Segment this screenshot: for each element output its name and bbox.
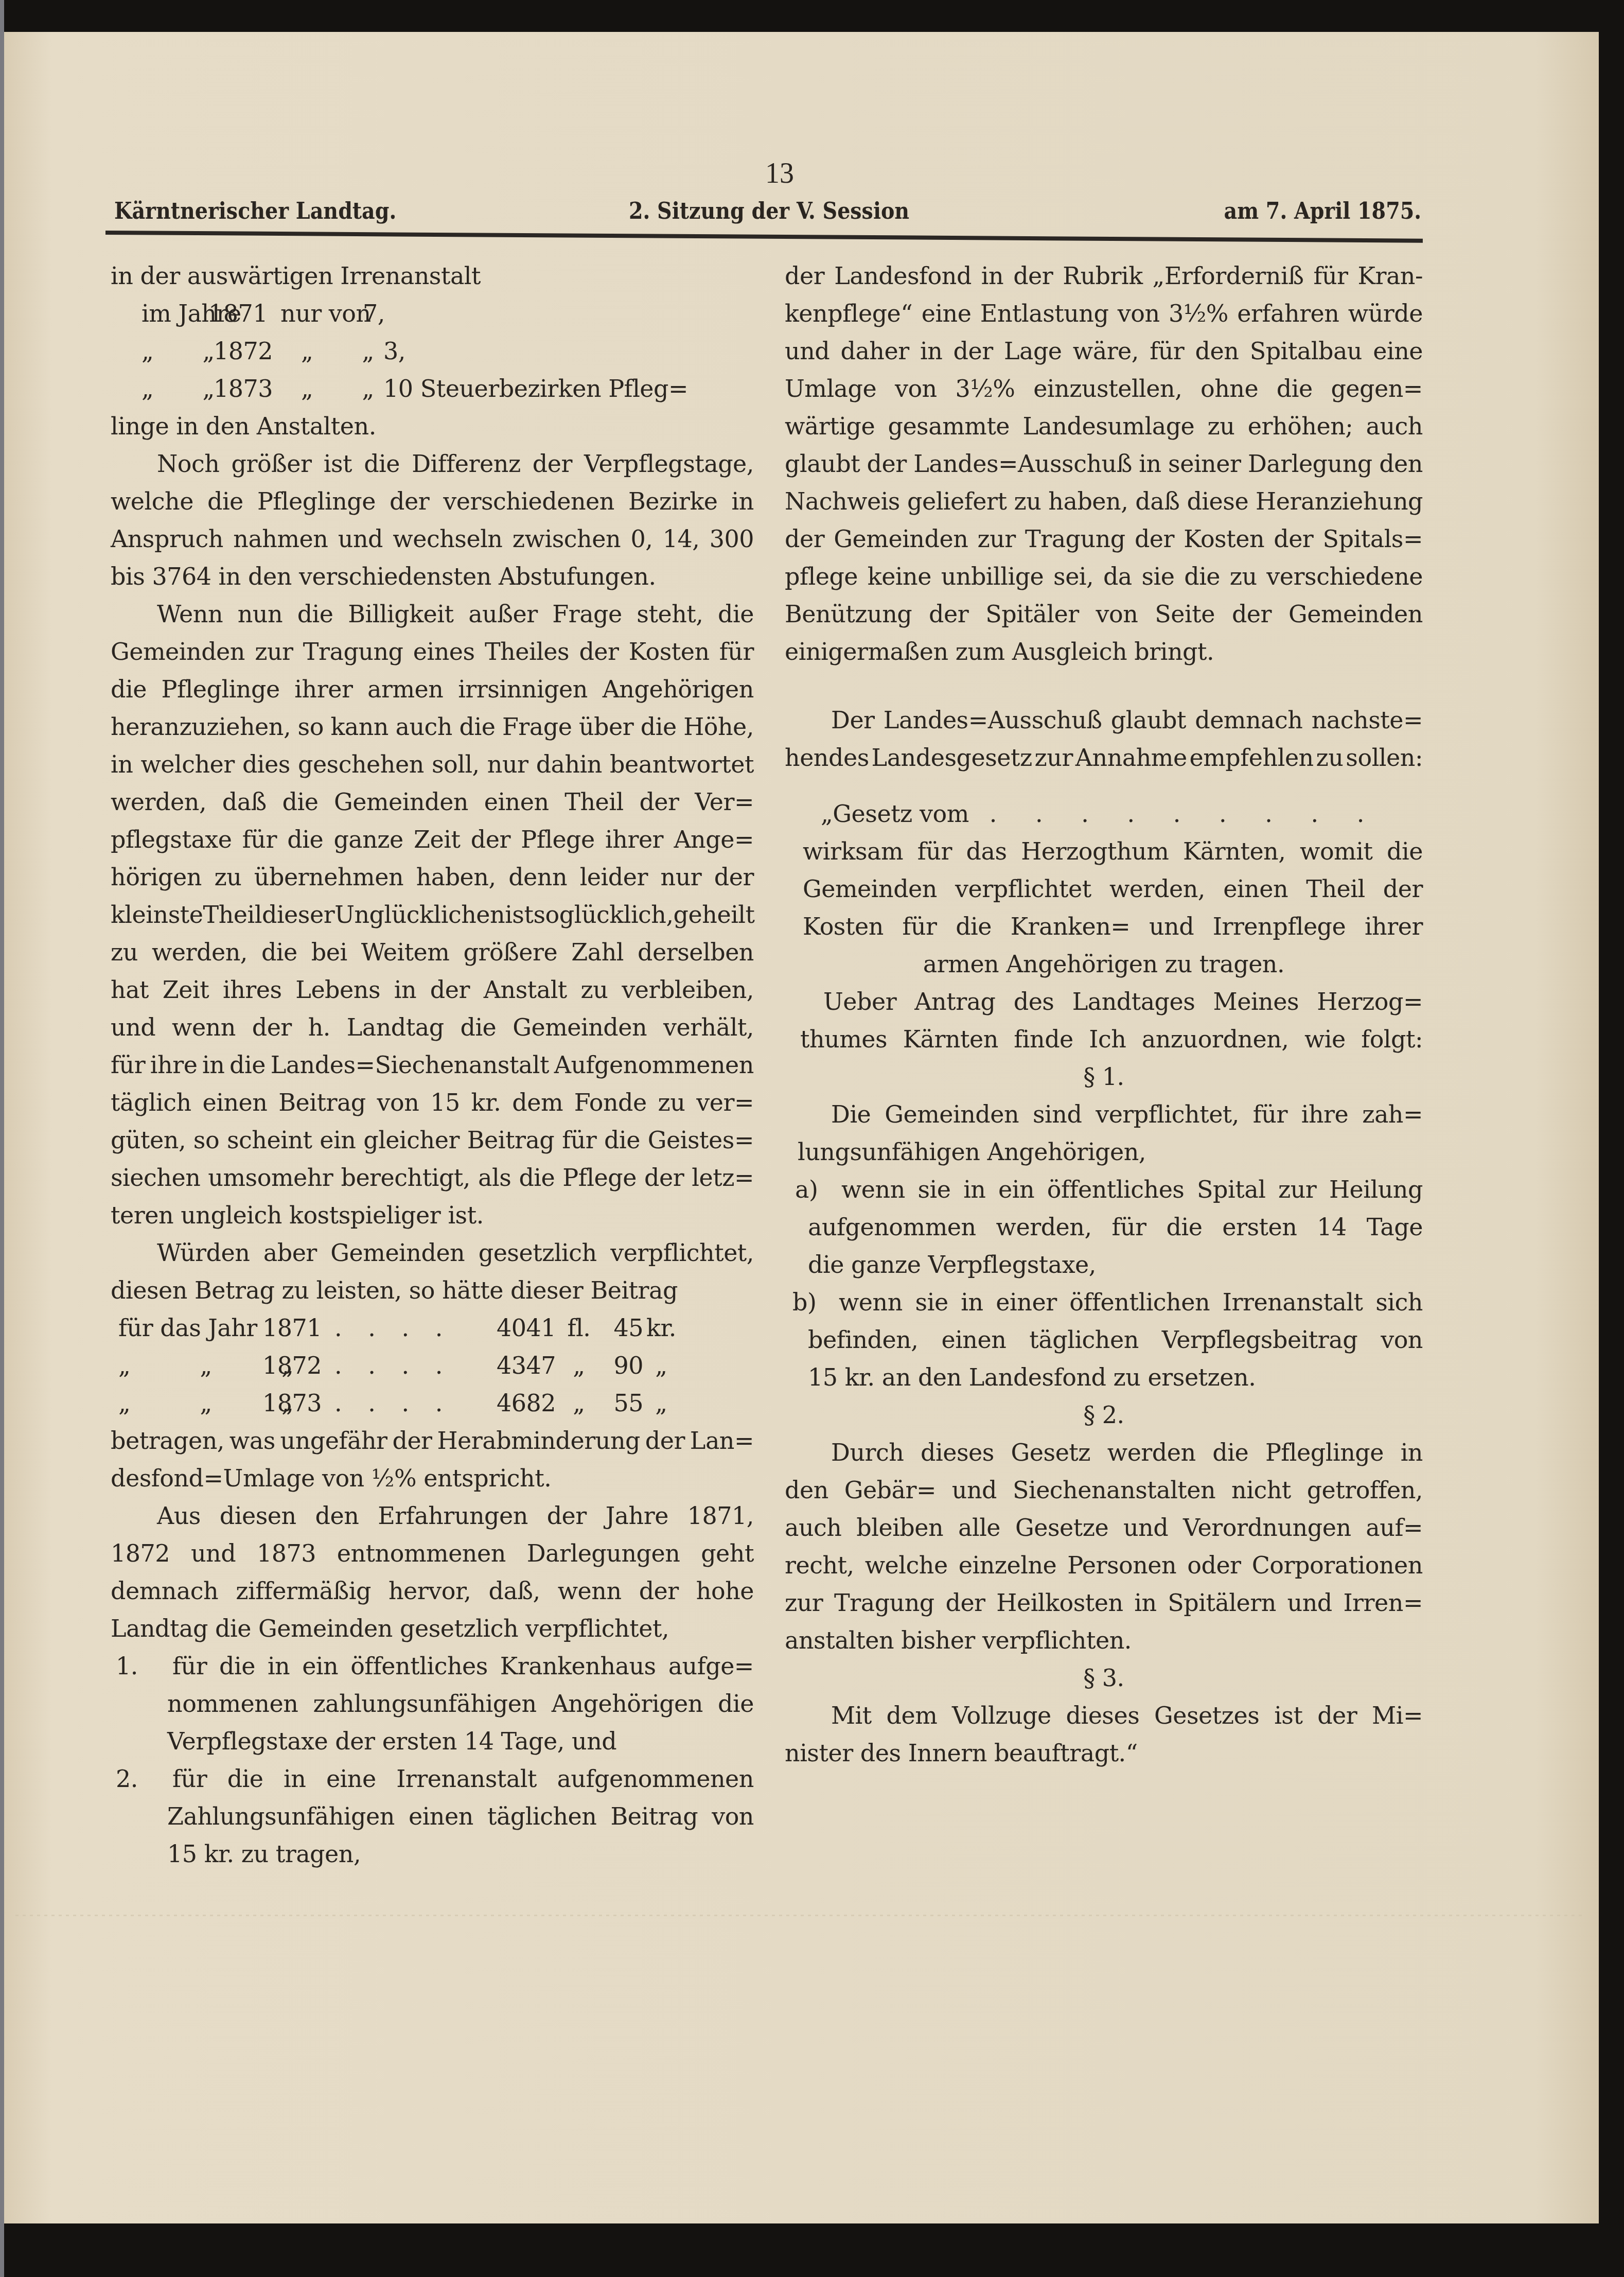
header-publication: Kärntnerischer Landtag.	[114, 198, 396, 224]
text-line: 1872und1873entnommenenDarlegungengeht	[111, 1535, 754, 1572]
district-row: im Jahre 1871 nur von 7,	[111, 295, 754, 332]
text-line: befinden,einentäglichenVerpflegsbeitragv…	[785, 1321, 1423, 1359]
text-line: diesen Betrag zu leisten, so hätte diese…	[111, 1272, 754, 1309]
right-column: derLandesfondinderRubrik„ErfordernißfürK…	[785, 257, 1423, 1772]
header-session: 2. Sitzung der V. Session	[629, 198, 909, 224]
text-line: Nachweisgeliefertzuhaben,daßdieseHeranzi…	[785, 483, 1423, 520]
text-line: denGebär=undSiechenanstaltennichtgetroff…	[785, 1472, 1423, 1509]
text-line: DerLandes=Ausschußglaubtdemnachnachste=	[785, 702, 1423, 739]
section-heading: § 1.	[785, 1058, 1423, 1096]
text-line: teren ungleich kostspieliger ist.	[111, 1197, 754, 1234]
text-line: auchbleibenalleGesetzeundVerordnungenauf…	[785, 1509, 1423, 1547]
text-line: diePfleglingeihrerarmenirrsinnigenAngehö…	[111, 671, 754, 708]
text-line: unddaherinderLagewäre,fürdenSpitalbauein…	[785, 332, 1423, 370]
text-line: WürdenaberGemeindengesetzlichverpflichte…	[111, 1234, 754, 1272]
text-line: 15 kr. zu tragen,	[111, 1835, 754, 1873]
text-line: lungsunfähigen Angehörigen,	[785, 1133, 1423, 1171]
law-subtitle: Gemeindenverpflichtetwerden,einenTheilde…	[785, 870, 1423, 908]
text-line: DurchdiesesGesetzwerdendiePfleglingein	[785, 1434, 1423, 1472]
law-subtitle: wirksamfürdasHerzogthumKärnten,womitdie	[785, 833, 1423, 870]
text-line: undwennderh.LandtagdieGemeindenverhält,	[111, 1009, 754, 1046]
text-line: kleinsteTheildieserUnglücklichenistsoglü…	[111, 896, 754, 934]
text-line: wärtigegesammteLandesumlagezuerhöhen;auc…	[785, 408, 1423, 445]
text-line: kenpflege“eineEntlastungvon3½%erfahrenwü…	[785, 295, 1423, 332]
scanner-edge	[0, 0, 4, 2277]
text-line: NochgrößeristdieDifferenzderVerpflegstag…	[111, 445, 754, 483]
text-line: ZahlungsunfähigeneinentäglichenBeitragvo…	[111, 1798, 754, 1835]
list-item: a) wennsieineinöffentlichesSpitalzurHeil…	[785, 1171, 1423, 1208]
text-line: zuwerden,diebeiWeitemgrößereZahlderselbe…	[111, 934, 754, 971]
district-row: „ „ 1872 „ „ 3,	[111, 332, 754, 370]
list-item: 1. fürdieineinöffentlichesKrankenhausauf…	[111, 1648, 754, 1685]
text-line: linge in den Anstalten.	[111, 408, 754, 445]
law-title: „Gesetz vom . . . . . . . . .	[785, 795, 1423, 833]
text-line: welchediePfleglingederverschiedenenBezir…	[111, 483, 754, 520]
text-line: demnachziffermäßighervor,daß,wennderhohe	[111, 1572, 754, 1610]
running-header: Kärntnerischer Landtag. 2. Sitzung der V…	[114, 198, 1421, 229]
list-item: 2. fürdieineineIrrenanstaltaufgenommenen	[111, 1760, 754, 1798]
text-line: hendesLandesgesetzzurAnnahmeempfehlenzus…	[785, 739, 1423, 777]
law-subtitle: KostenfürdieKranken=undIrrenpflegeihrer	[785, 908, 1423, 945]
text-line: BenützungderSpitälervonSeitederGemeinden	[785, 595, 1423, 633]
text-line: pflegstaxefürdieganzeZeitderPflegeihrerA…	[111, 821, 754, 859]
text-line: hatZeitihresLebensinderAnstaltzuverbleib…	[111, 971, 754, 1009]
page-number: 13	[759, 157, 800, 190]
contribution-row: „ „ „ 1873 . . . . 4682 „ 55 „	[111, 1385, 754, 1422]
text-line: Umlagevon3½%einzustellen,ohnediegegen=	[785, 370, 1423, 408]
text-line: DieGemeindensindverpflichtet,fürihrezah=	[785, 1096, 1423, 1133]
text-line: in der auswärtigen Irrenanstalt	[111, 257, 754, 295]
text-line: inwelcherdiesgeschehensoll,nurdahinbeant…	[111, 746, 754, 783]
law-subtitle: armen Angehörigen zu tragen.	[785, 945, 1423, 983]
text-line: derGemeindenzurTragungderKostenderSpital…	[785, 520, 1423, 558]
text-line: die ganze Verpflegstaxe,	[785, 1246, 1423, 1284]
text-line: derLandesfondinderRubrik„ErfordernißfürK…	[785, 257, 1423, 295]
text-line: pflegekeineunbilligesei,dasiediezuversch…	[785, 558, 1423, 595]
preamble-line: thumesKärntenfindeIchanzuordnen,wiefolgt…	[785, 1021, 1423, 1058]
list-item: b) wennsieineineröffentlichenIrrenanstal…	[785, 1284, 1423, 1321]
contribution-row: „ „ „ 1872 . . . . 4347 „ 90 „	[111, 1347, 754, 1385]
section-heading: § 3.	[785, 1659, 1423, 1697]
text-line: werden,daßdieGemeindeneinenTheilderVer=	[111, 783, 754, 821]
text-line: anstalten bisher verpflichten.	[785, 1622, 1423, 1659]
text-line: Landtag die Gemeinden gesetzlich verpfli…	[111, 1610, 754, 1648]
text-line: fürihreindieLandes=SiechenanstaltAufgeno…	[111, 1046, 754, 1084]
text-line: recht,welcheeinzelnePersonenoderCorporat…	[785, 1547, 1423, 1584]
text-line: siechenumsomehrberechtigt,alsdiePflegede…	[111, 1159, 754, 1197]
text-line: desfond=Umlage von ½% entspricht.	[111, 1460, 754, 1497]
text-line: zurTragungderHeilkosteninSpitälernundIrr…	[785, 1584, 1423, 1622]
text-line: nommenenzahlungsunfähigenAngehörigendie	[111, 1685, 754, 1723]
text-line: hörigenzuübernehmenhaben,dennleidernurde…	[111, 859, 754, 896]
text-line: glaubtderLandes=AusschußinseinerDarlegun…	[785, 445, 1423, 483]
text-line: WennnundieBilligkeitaußerFragesteht,die	[111, 595, 754, 633]
preamble-line: UeberAntragdesLandtagesMeinesHerzog=	[785, 983, 1423, 1021]
district-row: „ „ 1873 „ „ 10 Steuerbezirken Pfleg=	[111, 370, 754, 408]
text-line: 15 kr. an den Landesfond zu ersetzen.	[785, 1359, 1423, 1396]
text-line: heranzuziehen,sokannauchdieFrageüberdieH…	[111, 708, 754, 746]
text-line: betragen,wasungefährderHerabminderungder…	[111, 1422, 754, 1460]
header-date: am 7. April 1875.	[1224, 198, 1421, 224]
text-line: bis 3764 in den verschiedensten Abstufun…	[111, 558, 754, 595]
text-line: AusdiesendenErfahrungenderJahre1871,	[111, 1497, 754, 1535]
contribution-row: für das Jahr 1871 . . . . 4041 fl. 45 kr…	[111, 1309, 754, 1347]
left-column: in der auswärtigen Irrenanstalt im Jahre…	[111, 257, 754, 1873]
text-line: Anspruchnahmenundwechselnzwischen0,14,30…	[111, 520, 754, 558]
text-line: MitdemVollzugediesesGesetzesistderMi=	[785, 1697, 1423, 1735]
text-line: aufgenommenwerden,fürdieersten14Tage	[785, 1208, 1423, 1246]
text-line: GemeindenzurTragungeinesTheilesderKosten…	[111, 633, 754, 671]
text-line: nister des Innern beauftragt.“	[785, 1735, 1423, 1772]
section-heading: § 2.	[785, 1396, 1423, 1434]
text-line: täglicheinenBeitragvon15kr.demFondezuver…	[111, 1084, 754, 1122]
text-line: Verpflegstaxe der ersten 14 Tage, und	[111, 1723, 754, 1760]
text-line: güten,soscheinteingleicherBeitragfürdieG…	[111, 1122, 754, 1159]
text-line: einigermaßen zum Ausgleich bringt.	[785, 633, 1423, 671]
paper-fold-mark	[15, 1915, 1585, 1916]
